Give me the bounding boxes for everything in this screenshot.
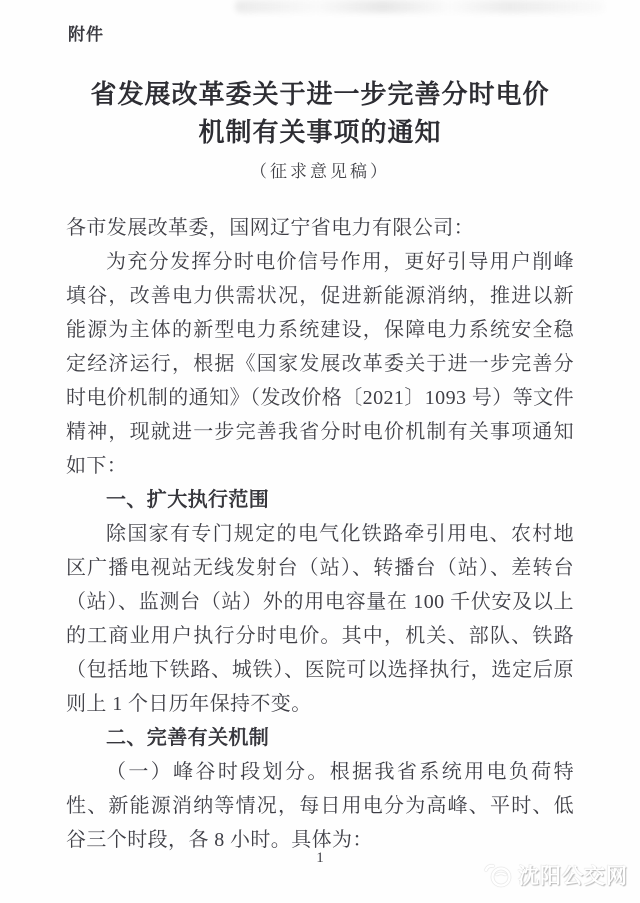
document-subtitle: （征求意见稿） (0, 157, 640, 182)
title-line-1: 省发展改革委关于进一步完善分时电价 (0, 76, 640, 114)
scan-artifact (235, 0, 605, 13)
document-paragraph: （一）峰谷时段划分。根据我省系统用电负荷特性、新能源消纳等情况，每日用电分为高峰… (66, 755, 574, 857)
document-body: 各市发展改革委，国网辽宁省电力有限公司：为充分发挥分时电价信号作用，更好引导用户… (66, 211, 574, 857)
document-title: 省发展改革委关于进一步完善分时电价 机制有关事项的通知 (0, 76, 640, 152)
document-paragraph: 除国家有专门规定的电气化铁路牵引用电、农村地区广播电视站无线发射台（站）、转播台… (66, 517, 574, 721)
section-heading: 二、完善有关机制 (66, 721, 574, 755)
title-line-2: 机制有关事项的通知 (0, 114, 640, 152)
document-paragraph: 为充分发挥分时电价信号作用，更好引导用户削峰填谷，改善电力供需状况，促进新能源消… (66, 245, 574, 483)
document-page: 附件 省发展改革委关于进一步完善分时电价 机制有关事项的通知 （征求意见稿） 各… (0, 0, 640, 903)
watermark: 沈阳公交网 (483, 860, 628, 890)
section-heading: 一、扩大执行范围 (66, 483, 574, 517)
attachment-label: 附件 (68, 20, 104, 45)
document-paragraph: 各市发展改革委，国网辽宁省电力有限公司： (66, 211, 574, 245)
watermark-text: 沈阳公交网 (518, 860, 628, 890)
bus-logo-icon (483, 862, 513, 889)
